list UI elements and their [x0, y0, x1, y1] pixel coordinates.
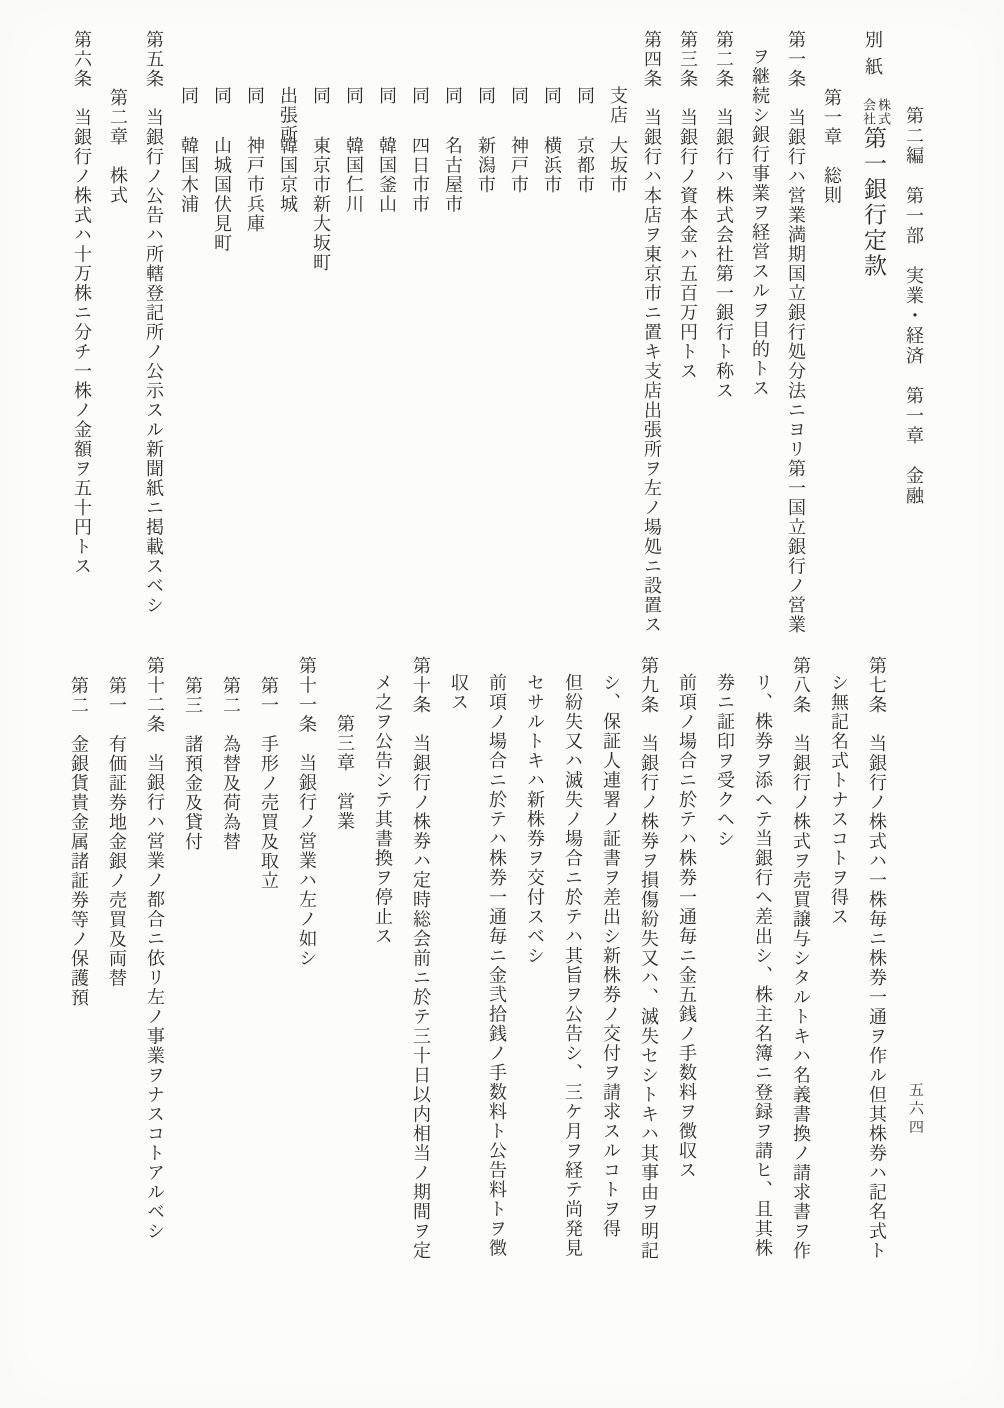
warichu-right: 株式: [876, 98, 891, 126]
branch-type-label: 同: [568, 58, 601, 136]
enumerated-item-line: 第三 諸預金及貸付: [174, 656, 212, 1316]
branch-place: 韓国京城: [278, 136, 298, 214]
enumerated-item-line: 第二 為替及荷為替: [212, 656, 250, 1316]
branch-type-label: 同: [337, 58, 370, 136]
article-line: 第一条 当銀行ハ営業満期国立銀行処分法ニヨリ第一国立銀行ノ営業: [778, 30, 814, 655]
continuation-line: セサルトキハ新株券ヲ交付スベシ: [516, 656, 554, 1316]
branch-type-label: 支店: [601, 58, 634, 136]
enumerated-item-line: 第一 有価証券地金銀ノ売買及両替: [98, 656, 136, 1316]
article-line: 第九条 当銀行ノ株券ヲ損傷紛失又ハ、滅失セシトキハ其事由ヲ明記: [630, 656, 668, 1316]
branch-row: 同東京市新大坂町: [304, 30, 337, 655]
article-line: 第十条 当銀行ノ株券ハ定時総会前ニ於テ三十日以内相当ノ期間ヲ定: [402, 656, 440, 1316]
document-bottom-block: 第七条 当銀行ノ株式ハ一株毎ニ株券一通ヲ作ル但其株券ハ記名式トシ無記名式トナスコ…: [60, 656, 896, 1316]
branch-place: 京都市: [575, 136, 595, 195]
chapter-heading: 第三章 営業: [326, 656, 364, 1316]
article-line: 第三条 当銀行ノ資本金ハ五百万円トス: [670, 30, 706, 655]
branch-row: 同新潟市: [469, 30, 502, 655]
branch-row: 同山城国伏見町: [205, 30, 238, 655]
scanned-document-page: 第二編 第一部 実業・経済 第一章 金融 別紙株式会社第一銀行定款 第一章 総則…: [0, 0, 1004, 1408]
company-type-warichu: 株式会社: [861, 98, 891, 126]
page-number: 五六四: [905, 1082, 926, 1138]
branch-row: 同韓国木浦: [172, 30, 205, 655]
branch-row: 出張所韓国京城: [271, 30, 304, 655]
chapter-heading: 第一章 総則: [814, 30, 850, 655]
article-line: 第十一条 当銀行ノ営業ハ左ノ如シ: [288, 656, 326, 1316]
document-title: 第一銀行定款: [861, 126, 886, 279]
branch-type-label: 同: [502, 58, 535, 136]
chapter-heading: 第二章 株式: [100, 30, 136, 655]
branch-place: 大坂市: [608, 136, 628, 195]
article-line: 第二条 当銀行ハ株式会社第一銀行ト称ス: [706, 30, 742, 655]
article-line: 第五条 当銀行ノ公告ハ所轄登記所ノ公示スル新聞紙ニ掲載スベシ: [136, 30, 172, 655]
book-running-header: 第二編 第一部 実業・経済 第一章 金融: [896, 30, 932, 655]
attachment-label: 別紙: [863, 30, 883, 84]
enumerated-item-line: 第一 手形ノ売買及取立: [250, 656, 288, 1316]
branch-place: 名古屋市: [443, 136, 463, 214]
branch-row: 同韓国釜山: [370, 30, 403, 655]
branch-type-label: 同: [238, 58, 271, 136]
branch-place: 神戸市兵庫: [245, 136, 265, 234]
continuation-line: シ無記名式トナスコトヲ得ス: [820, 656, 858, 1316]
branch-place: 山城国伏見町: [212, 136, 232, 253]
continuation-line: 収ス: [440, 656, 478, 1316]
branch-type-label: 同: [469, 58, 502, 136]
branch-place: 横浜市: [542, 136, 562, 195]
branch-type-label: 同: [205, 58, 238, 136]
branch-place: 四日市市: [410, 136, 430, 214]
branch-type-label: 同: [403, 58, 436, 136]
warichu-left: 会社: [861, 98, 876, 126]
document-top-block: 第二編 第一部 実業・経済 第一章 金融 別紙株式会社第一銀行定款 第一章 総則…: [64, 30, 932, 655]
branch-row: 同神戸市兵庫: [238, 30, 271, 655]
branch-place: 東京市新大坂町: [311, 136, 331, 273]
article-line: 第四条 当銀行ハ本店ヲ東京市ニ置キ支店出張所ヲ左ノ場処ニ設置ス: [634, 30, 670, 655]
branch-place: 新潟市: [476, 136, 496, 195]
continuation-line: 前項ノ場合ニ於テハ株券一通毎ニ金五銭ノ手数料ヲ徴収ス: [668, 656, 706, 1316]
branch-place: 韓国仁川: [344, 136, 364, 214]
branch-row: 支店大坂市: [601, 30, 634, 655]
enumerated-item-line: 第二 金銀貨貴金属諸証券等ノ保護預: [60, 656, 98, 1316]
branch-row: 同名古屋市: [436, 30, 469, 655]
branch-type-label: 同: [370, 58, 403, 136]
continuation-line: 但紛失又ハ滅失ノ場合ニ於テハ其旨ヲ公告シ、三ケ月ヲ経テ尚発見: [554, 656, 592, 1316]
branch-type-label: 同: [172, 58, 205, 136]
continuation-line: 前項ノ場合ニ於テハ株券一通毎ニ金弐拾銭ノ手数料ト公告料トヲ徴: [478, 656, 516, 1316]
branch-place: 韓国釜山: [377, 136, 397, 214]
continuation-line: 券ニ証印ヲ受クヘシ: [706, 656, 744, 1316]
branch-row: 同横浜市: [535, 30, 568, 655]
continuation-line: シ、保証人連署ノ証書ヲ差出シ新株券ノ交付ヲ請求スルコトヲ得: [592, 656, 630, 1316]
continuation-line: ヲ継続シ銀行事業ヲ経営スルヲ目的トス: [742, 30, 778, 655]
continuation-line: メ之ヲ公告シテ其書換ヲ停止ス: [364, 656, 402, 1316]
branch-row: 同京都市: [568, 30, 601, 655]
continuation-line: リ、株券ヲ添ヘテ当銀行ヘ差出シ、株主名簿ニ登録ヲ請ヒ、且其株: [744, 656, 782, 1316]
branch-place: 神戸市: [509, 136, 529, 195]
document-title-line: 別紙株式会社第一銀行定款: [850, 30, 896, 655]
branch-type-label: 同: [304, 58, 337, 136]
branch-type-label: 同: [436, 58, 469, 136]
article-line: 第七条 当銀行ノ株式ハ一株毎ニ株券一通ヲ作ル但其株券ハ記名式ト: [858, 656, 896, 1316]
article-line: 第六条 当銀行ノ株式ハ十万株ニ分チ一株ノ金額ヲ五十円トス: [64, 30, 100, 655]
branch-type-label: 出張所: [271, 58, 304, 136]
branch-row: 同四日市市: [403, 30, 436, 655]
branch-row: 同韓国仁川: [337, 30, 370, 655]
branch-type-label: 同: [535, 58, 568, 136]
branch-place: 韓国木浦: [179, 136, 199, 214]
branch-row: 同神戸市: [502, 30, 535, 655]
article-line: 第十二条 当銀行ハ営業ノ都合ニ依リ左ノ事業ヲナスコトアルベシ: [136, 656, 174, 1316]
article-line: 第八条 当銀行ノ株式ヲ売買譲与シタルトキハ名義書換ノ請求書ヲ作: [782, 656, 820, 1316]
